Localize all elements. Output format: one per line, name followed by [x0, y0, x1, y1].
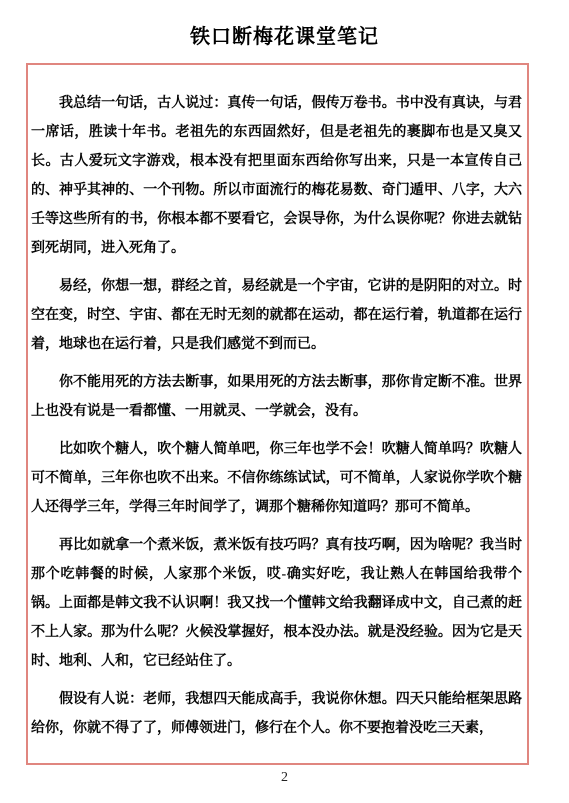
- notes-border-box: 我总结一句话，古人说过：真传一句话，假传万卷书。书中没有真诀，与君一席话，胜读十…: [26, 63, 529, 765]
- paragraph-4: 比如吹个糖人，吹个糖人简单吧，你三年也学不会！吹糖人简单吗？吹糖人可不简单，三年…: [31, 435, 522, 522]
- paragraph-1: 我总结一句话，古人说过：真传一句话，假传万卷书。书中没有真诀，与君一席话，胜读十…: [31, 89, 522, 263]
- paragraph-3: 你不能用死的方法去断事，如果用死的方法去断事，那你肯定断不准。世界上也没有说是一…: [31, 368, 522, 426]
- paragraph-5: 再比如就拿一个煮米饭，煮米饭有技巧吗？真有技巧啊，因为啥呢？我当时那个吃韩餐的时…: [31, 531, 522, 676]
- page-title: 铁口断梅花课堂笔记: [0, 0, 569, 49]
- page-number: 2: [0, 769, 569, 786]
- document-page: 铁口断梅花课堂笔记 我总结一句话，古人说过：真传一句话，假传万卷书。书中没有真诀…: [0, 0, 569, 803]
- paragraph-6: 假设有人说：老师，我想四天能成高手，我说你休想。四天只能给框架思路给你，你就不得…: [31, 685, 522, 743]
- paragraph-2: 易经，你想一想，群经之首，易经就是一个宇宙，它讲的是阴阳的对立。时空在变，时空、…: [31, 272, 522, 359]
